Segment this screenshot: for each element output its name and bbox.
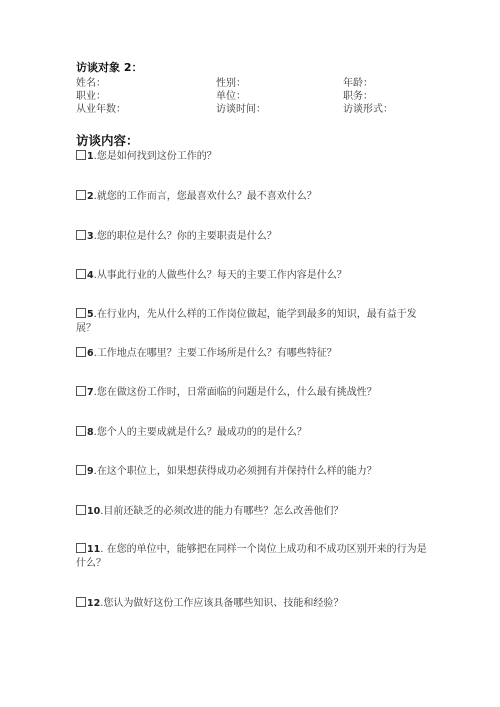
question-item: 5.在行业内，先从什么样的工作岗位做起，能学到最多的知识，最有益于发展？: [76, 308, 428, 336]
info-row: 从业年数： 访谈时间： 访谈形式：: [76, 100, 416, 113]
question-item: 3.您的职位是什么？你的主要职责是什么？: [76, 230, 428, 244]
question-item: 6.工作地点在哪里？主要工作场所是什么？有哪些特征？: [76, 347, 428, 361]
question-item: 9.在这个职位上，如果想获得成功必须拥有并保持什么样的能力？: [76, 465, 428, 479]
field-years-label: 从业年数：: [76, 100, 126, 115]
checkbox[interactable]: [76, 505, 86, 515]
checkbox[interactable]: [76, 597, 86, 607]
question-item: 8.您个人的主要成就是什么？最成功的的是什么？: [76, 426, 428, 440]
document-page: 访谈对象 2： 姓名： 性别： 年龄： 职业： 单位： 职务： 从业年数： 访谈…: [0, 0, 500, 707]
question-item: 12.您认为做好这份工作应该具备哪些知识、技能和经验？: [76, 597, 428, 611]
info-row: 职业： 单位： 职务：: [76, 87, 416, 100]
question-item: 4.从事此行业的人做些什么？每天的主要工作内容是什么？: [76, 269, 428, 283]
question-item: 2.就您的工作而言，您最喜欢什么？最不喜欢什么？: [76, 190, 428, 204]
checkbox[interactable]: [76, 426, 86, 436]
checkbox[interactable]: [76, 150, 86, 160]
field-interview-time-label: 访谈时间：: [216, 100, 266, 115]
question-item: 1.您是如何找到这份工作的？: [76, 150, 428, 164]
question-item: 10.目前还缺乏的必须改进的能力有哪些？怎么改善他们？: [76, 505, 428, 519]
checkbox[interactable]: [76, 230, 86, 240]
field-interview-format-label: 访谈形式：: [343, 100, 393, 115]
info-row: 姓名： 性别： 年龄：: [76, 74, 416, 87]
checkbox[interactable]: [76, 386, 86, 396]
question-item: 7.您在做这份工作时，日常面临的问题是什么，什么最有挑战性？: [76, 386, 428, 400]
checkbox[interactable]: [76, 465, 86, 475]
question-item: 11. 在您的单位中，能够把在同样一个岗位上成功和不成功区别开来的行为是什么？: [76, 543, 428, 571]
checkbox[interactable]: [76, 543, 86, 553]
checkbox[interactable]: [76, 269, 86, 279]
section-title: 访谈内容：: [76, 131, 139, 149]
checkbox[interactable]: [76, 190, 86, 200]
checkbox[interactable]: [76, 308, 86, 318]
subject-title: 访谈对象 2：: [76, 59, 142, 75]
checkbox[interactable]: [76, 347, 86, 357]
